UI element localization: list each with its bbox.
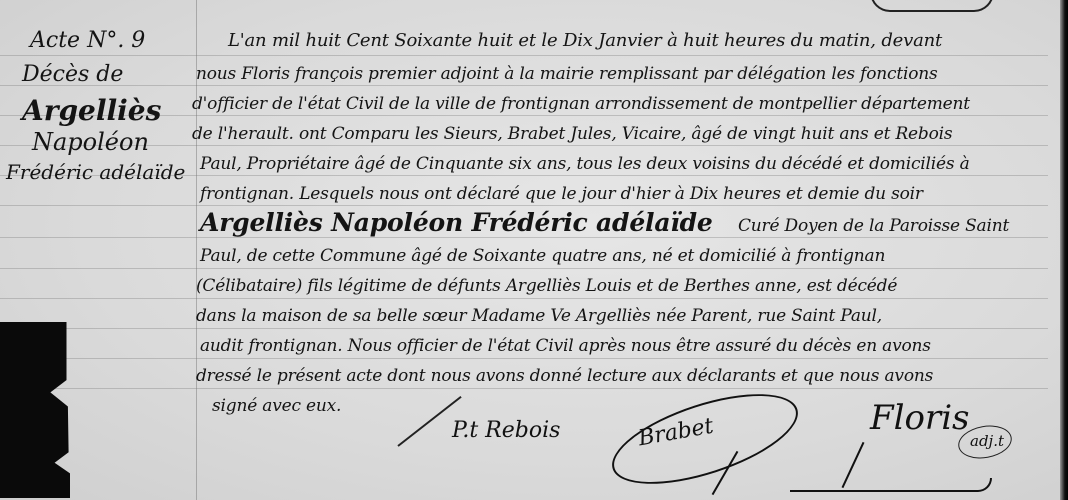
ruled-line	[0, 388, 1048, 389]
ruled-line	[0, 268, 1048, 269]
body-line: frontignan. Lesquels nous ont déclaré qu…	[200, 184, 923, 204]
act-number: Acte N°. 9	[30, 28, 145, 53]
record-type: Décès de	[22, 62, 123, 87]
deceased-surname: Argelliès	[22, 94, 161, 127]
body-line: d'officier de l'état Civil de la ville d…	[192, 94, 970, 114]
body-line: nous Floris françois premier adjoint à l…	[196, 64, 938, 84]
signature-flourish	[790, 478, 992, 492]
ruled-line	[0, 145, 1048, 146]
body-line: Curé Doyen de la Paroisse Saint	[738, 216, 1009, 236]
body-line: Paul, Propriétaire âgé de Cinquante six …	[200, 154, 970, 174]
body-line: (Célibataire) fils légitime de défunts A…	[196, 276, 897, 296]
body-line: signé avec eux.	[212, 396, 341, 416]
body-line: audit frontignan. Nous officier de l'éta…	[200, 336, 931, 356]
top-flourish	[870, 0, 994, 12]
document-page: Acte N°. 9 Décès de Argelliès Napoléon F…	[0, 0, 1068, 500]
signature-rebois: P.t Rebois	[452, 418, 560, 443]
ruled-line	[0, 55, 1048, 56]
ruled-line	[0, 298, 1048, 299]
ruled-line	[0, 328, 1048, 329]
deceased-name-line: Argelliès Napoléon Frédéric adélaïde	[200, 208, 713, 237]
ruled-line	[0, 358, 1048, 359]
body-line: dans la maison de sa belle sœur Madame V…	[196, 306, 882, 326]
dark-page-tab	[0, 322, 70, 498]
signature-floris: Floris	[870, 398, 970, 438]
page-edge	[1060, 0, 1068, 500]
body-line: Paul, de cette Commune âgé de Soixante q…	[200, 246, 885, 266]
deceased-given-names: Frédéric adélaïde	[6, 160, 185, 184]
ruled-line	[0, 205, 1048, 206]
ruled-line	[0, 85, 1048, 86]
signature-floris-title: adj.t	[970, 432, 1004, 450]
deceased-given-name: Napoléon	[32, 128, 149, 156]
ruled-line	[0, 237, 1048, 238]
body-line: dressé le présent acte dont nous avons d…	[196, 366, 933, 386]
body-line: de l'herault. ont Comparu les Sieurs, Br…	[192, 124, 952, 144]
body-line: L'an mil huit Cent Soixante huit et le D…	[228, 30, 942, 51]
